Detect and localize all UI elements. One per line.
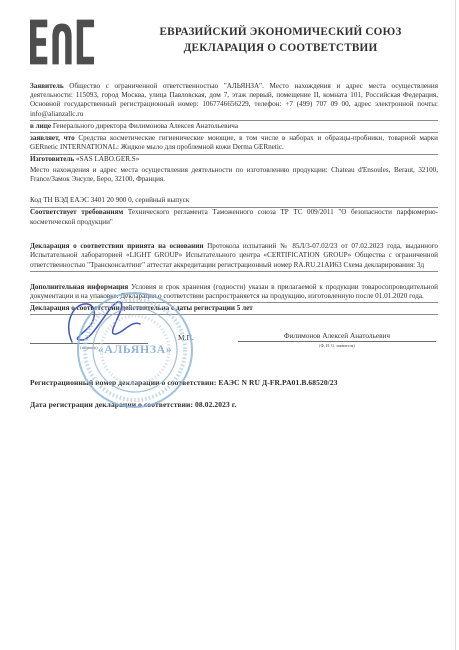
signature-line <box>30 343 148 344</box>
complies-paragraph: Соответствует требованиям Технического р… <box>30 208 438 228</box>
basis-paragraph: Декларация о соответствии принята на осн… <box>30 241 438 272</box>
document-body: Заявитель Общество с ограниченной ответс… <box>30 81 438 409</box>
applicant-text: Общество с ограниченной ответственностью… <box>30 82 438 118</box>
registration-number-line: Регистрационный номер декларации о соотв… <box>30 378 438 387</box>
seal-place-abbr: М.П. <box>178 333 194 342</box>
additional-info-label: Дополнительная информация <box>30 283 128 291</box>
spacer <box>30 272 438 282</box>
title-line-union: ЕВРАЗИЙСКИЙ ЭКОНОМИЧЕСКИЙ СОЮЗ <box>112 24 449 40</box>
signature-caption: (подпись) <box>30 345 148 350</box>
declares-paragraph: заявляет, что Средства косметические гиг… <box>30 133 438 154</box>
spacer <box>30 228 438 241</box>
signer-name: Филимонов Алексей Анатольевич <box>238 331 436 342</box>
spacer <box>30 186 438 196</box>
manufacturer-name: «SAS LABO.GER.S» <box>76 155 139 163</box>
declares-label: заявляет, что <box>30 134 75 142</box>
additional-info-paragraph: Дополнительная информация Условия и срок… <box>30 282 438 303</box>
validity-text: Декларация о соответствии действительна … <box>30 304 253 312</box>
represented-by-text: Генерального директора Филимонова Алексе… <box>53 122 238 130</box>
applicant-label: Заявитель <box>30 82 64 90</box>
validity-line: Декларация о соответствии действительна … <box>30 303 438 315</box>
signature-block: (подпись) М.П. Филимонов Алексей Анатоль… <box>30 318 438 362</box>
represented-by-label: в лице <box>30 122 51 130</box>
manufacturer-paragraph: Изготовитель «SAS LABO.GER.S» <box>30 155 438 166</box>
registration-date-line: Дата регистрации декларации о соответств… <box>30 400 438 409</box>
applicant-paragraph: Заявитель Общество с ограниченной ответс… <box>30 81 438 121</box>
tnved-code-line: Код ТН ВЭД ЕАЭС 3401 20 900 0, серийный … <box>30 196 438 208</box>
declaration-document-page: ЕВРАЗИЙСКИЙ ЭКОНОМИЧЕСКИЙ СОЮЗ ДЕКЛАРАЦИ… <box>0 0 459 650</box>
tnved-code-text: Код ТН ВЭД ЕАЭС 3401 20 900 0, серийный … <box>30 196 189 204</box>
declares-text: Средства косметические гигиенические мою… <box>30 134 438 151</box>
manufacturer-address-paragraph: Место нахождения и адрес места осуществл… <box>30 166 438 186</box>
title-line-declaration: ДЕКЛАРАЦИЯ О СООТВЕТСТВИИ <box>112 40 449 56</box>
basis-label: Декларация о соответствии принята на осн… <box>30 242 203 250</box>
eac-logo-icon <box>30 17 94 67</box>
manufacturer-address-text: Место нахождения и адрес места осуществл… <box>30 166 438 183</box>
represented-by-paragraph: в лице Генерального директора Филимонова… <box>30 121 438 133</box>
signer-name-block: Филимонов Алексей Анатольевич (Ф. И. О. … <box>238 331 436 348</box>
document-title: ЕВРАЗИЙСКИЙ ЭКОНОМИЧЕСКИЙ СОЮЗ ДЕКЛАРАЦИ… <box>112 24 449 56</box>
manufacturer-label: Изготовитель <box>30 155 74 163</box>
complies-label: Соответствует требованиям <box>30 208 123 216</box>
signer-caption: (Ф. И. О. заявителя) <box>238 342 436 348</box>
